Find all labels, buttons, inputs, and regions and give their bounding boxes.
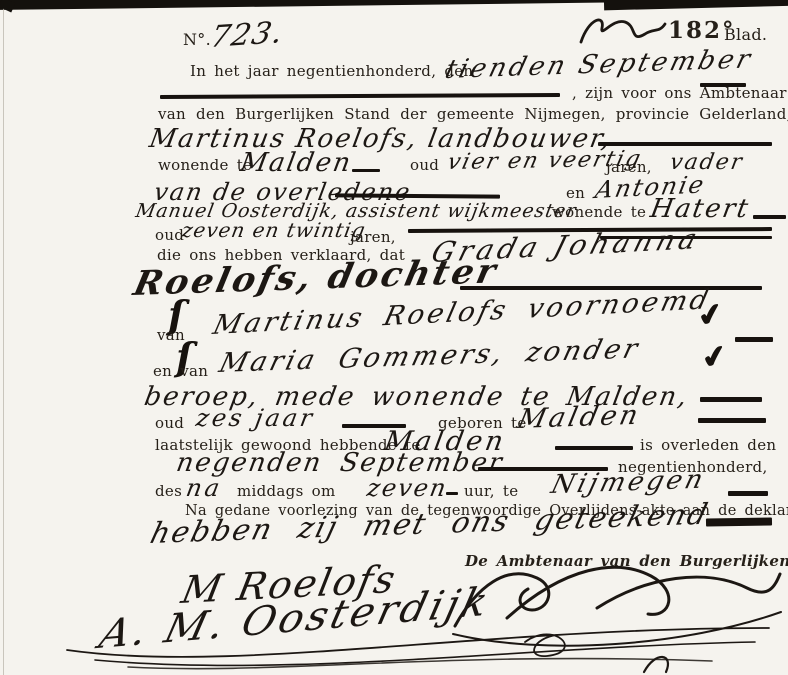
underline (598, 142, 772, 146)
underline (446, 492, 458, 495)
bottom-signature-loop (638, 648, 686, 675)
form-line-year: In het jaar negentienhonderd, den (190, 62, 473, 80)
certificate-number-label: N°. (183, 30, 211, 49)
entry-death-place: Nijmegen (548, 465, 709, 500)
form-wonende-te-2: wonende te (552, 203, 646, 221)
entry-death-hour: zeven (365, 474, 450, 502)
entry-deceased-age: zes jaar (194, 404, 317, 432)
underline (555, 446, 633, 450)
underline (753, 215, 786, 219)
entry-birthplace: Malden (515, 400, 644, 435)
form-jaren-2: jaren, (350, 228, 396, 246)
form-oud-3: oud (155, 414, 184, 432)
entry-registration-date: tienden September (442, 44, 756, 85)
form-des: des (155, 482, 182, 500)
underline (352, 169, 380, 172)
entry-residence1: Malden (238, 148, 355, 178)
entry-mother-name: Maria Gommers, zonder (216, 334, 644, 379)
underline (700, 397, 762, 402)
scan-edge-top-right (604, 0, 788, 10)
registrar-paraph-flourish (575, 12, 670, 52)
scan-edge-left (3, 0, 4, 675)
underline (735, 337, 773, 342)
bottom-signature-flourish (120, 645, 720, 675)
checkmark-icon: ✔ (695, 296, 727, 335)
underline (698, 418, 766, 423)
form-is-overleden: is overleden den (640, 436, 776, 454)
form-uur-te: uur, te (464, 482, 518, 500)
form-en-van: en van (153, 362, 208, 380)
entry-daypart: na (184, 474, 225, 502)
certificate-number-value: 723. (208, 15, 286, 55)
entry-age2: zeven en twintig (180, 218, 368, 242)
death-certificate-scan: N°. 723. 182° Blad. In het jaar negentie… (0, 0, 788, 675)
rule (706, 517, 772, 526)
blad-label: Blad. (724, 25, 767, 44)
form-line-burgerlijke-stand: van den Burgerlijken Stand der gemeente … (158, 105, 788, 123)
form-line-ambtenaar: , zijn voor ons Ambtenaar , (572, 84, 788, 102)
checkmark-icon: ✔ (699, 338, 731, 377)
rule (160, 93, 560, 99)
underline (728, 491, 768, 496)
form-oud-1: oud (410, 156, 439, 174)
form-middags-om: middags om (237, 482, 336, 500)
entry-residence2: Hatert (648, 194, 752, 224)
